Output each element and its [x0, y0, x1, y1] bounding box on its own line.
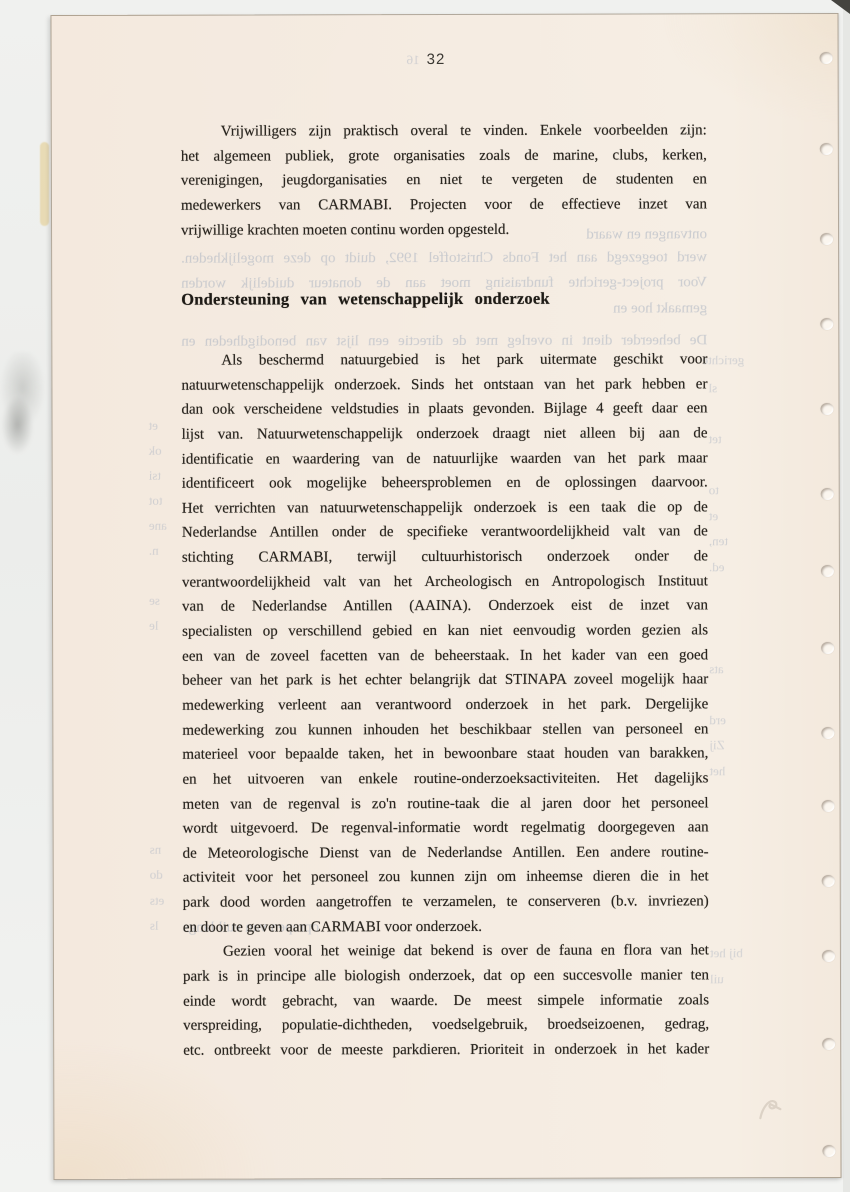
bleedthrough-fragment: ns	[150, 842, 162, 858]
binder-hole	[820, 318, 833, 330]
binder-hole	[821, 488, 834, 500]
paragraph-volunteers: Vrijwilligers zijn praktisch overal te v…	[181, 118, 707, 243]
bleedthrough-fragment: ane	[149, 518, 167, 534]
bleedthrough-fragment: et	[149, 418, 158, 434]
text-line: medewerking verleent aan verantwoord ond…	[182, 692, 708, 718]
paragraph-research: Als beschermd natuurgebied is het park u…	[181, 347, 709, 1063]
binder-hole	[822, 875, 835, 887]
bleedthrough-fragment: ats	[709, 661, 723, 677]
bleedthrough-fragment: do	[150, 867, 163, 883]
text-line: dan ook verscheidene veldstudies in plaa…	[181, 397, 707, 423]
text-line: wordt uitgevoerd. De regenval-informatie…	[183, 815, 709, 841]
text-line: Als beschermd natuurgebied is het park u…	[181, 347, 707, 373]
text-line: verantwoordelijkheid valt van het Archeo…	[182, 569, 708, 595]
text-line: park is in principe alle biologish onder…	[183, 963, 709, 989]
binder-hole	[820, 403, 833, 415]
text-line: verenigingen, jeugdorganisaties en niet …	[181, 168, 707, 194]
binder-hole	[822, 950, 835, 962]
binder-hole	[821, 727, 834, 739]
bleedthrough-fragment: uil	[710, 971, 724, 987]
text-line: identificatie en waardering van de natuu…	[182, 446, 708, 472]
paragraph-research-support: Als beschermd natuurgebied is het park u…	[181, 347, 709, 940]
text-line: meten van de regenval is zo'n routine-ta…	[183, 791, 709, 817]
text-line: Nederlandse Antillen onder de specifieke…	[182, 520, 708, 546]
text-line: van de Nederlandse Antillen (AAINA). Ond…	[182, 594, 708, 620]
text-line: een van de zoveel facetten van de beheer…	[182, 643, 708, 669]
text-line: Gezien vooral het weinige dat bekend is …	[183, 939, 709, 965]
text-line: medewerkers van CARMABI. Projecten voor …	[181, 192, 707, 218]
scanner-corner-shadow	[831, 0, 850, 14]
text-line: etc. ontbreekt voor de meeste parkdieren…	[183, 1037, 709, 1063]
pencil-squiggle-mark	[754, 1092, 788, 1128]
bleedthrough-fragment: ok	[149, 443, 162, 459]
section-heading: Ondersteuning van wetenschappelijk onder…	[181, 289, 550, 310]
bleedthrough-fragment: se	[149, 593, 160, 609]
bleedthrough-fragment: Zij	[709, 737, 724, 753]
bleedthrough-fragment: tsi	[149, 468, 161, 484]
text-line: natuurwetenschappelijk onderzoek. Sinds …	[181, 372, 707, 398]
bleedthrough-fragment: ets	[150, 893, 164, 909]
text-line: activiteit voor het personeel zou kunnen…	[183, 865, 709, 891]
bleedthrough-fragment: bij het	[710, 945, 743, 961]
scanned-document: ontvangen en waardwerd toegezegd aan het…	[0, 0, 850, 1192]
bleedthrough-fragment: ed.	[709, 559, 725, 575]
binder-hole	[822, 1145, 835, 1157]
bleedthrough-fragment: et	[709, 508, 718, 524]
bleedthrough-fragment: n.	[149, 543, 159, 559]
text-column: Vrijwilligers zijn praktisch overal te v…	[180, 14, 709, 1178]
binder-hole	[821, 642, 834, 654]
text-line: medewerking zou kunnen inhouden het besc…	[182, 717, 708, 743]
text-line: stichting CARMABI, terwijl cultuurhistor…	[182, 544, 708, 570]
bleedthrough-fragment: tet	[709, 431, 722, 447]
bleedthrough-fragment: le	[149, 618, 158, 634]
binder-hole	[821, 565, 834, 577]
bleedthrough-fragment: erd	[709, 712, 726, 728]
bleedthrough-fragment: sl	[708, 380, 717, 396]
text-line: materieel voor bepaalde taken, het in be…	[182, 742, 708, 768]
text-line: lijst van. Natuurwetenschappelijk onderz…	[182, 421, 708, 447]
text-line: het algemeen publiek, grote organisaties…	[181, 143, 707, 169]
text-line: specialisten op verschillend gebied en k…	[182, 618, 708, 644]
scanner-edge-band	[843, 0, 850, 1192]
bleedthrough-fragment: ls	[150, 918, 159, 934]
text-line: vrijwillige krachten moeten continu word…	[181, 217, 707, 243]
binder-hole	[820, 143, 833, 155]
text-line: einde wordt gebracht, van waarde. De mee…	[183, 988, 709, 1014]
text-line: Het verrichten van natuurwetenschappelij…	[182, 495, 708, 521]
paragraph-fauna-flora: Gezien vooral het weinige dat bekend is …	[183, 939, 709, 1064]
text-line: beheer van het park is het echter belang…	[182, 668, 708, 694]
bleedthrough-fragment: het	[709, 763, 725, 779]
text-line: verspreiding, populatie-dichtheden, voed…	[183, 1013, 709, 1039]
binder-hole	[822, 1038, 835, 1050]
text-line: identificeert ook mogelijke beheersprobl…	[182, 471, 708, 497]
text-line: Vrijwilligers zijn praktisch overal te v…	[181, 118, 707, 144]
text-line: de Meteorologische Dienst van de Nederla…	[183, 840, 709, 866]
tape-stain	[40, 142, 49, 226]
bleedthrough-fragment: tot	[149, 493, 163, 509]
binder-hole	[822, 800, 835, 812]
bleedthrough-fragment: to	[709, 482, 719, 498]
document-page: ontvangen en waardwerd toegezegd aan het…	[50, 13, 841, 1180]
text-line: en door te geven aan CARMABI voor onderz…	[183, 914, 709, 940]
text-line: park dood worden aangetroffen te verzame…	[183, 889, 709, 915]
binder-hole	[820, 52, 833, 64]
bleedthrough-fragment: ten,	[709, 533, 728, 549]
bleedthrough-fragment: gerichte	[702, 352, 744, 368]
text-line: en het uitvoeren van enkele routine-onde…	[182, 766, 708, 792]
binder-hole	[820, 233, 833, 245]
ink-smudge	[0, 352, 50, 470]
